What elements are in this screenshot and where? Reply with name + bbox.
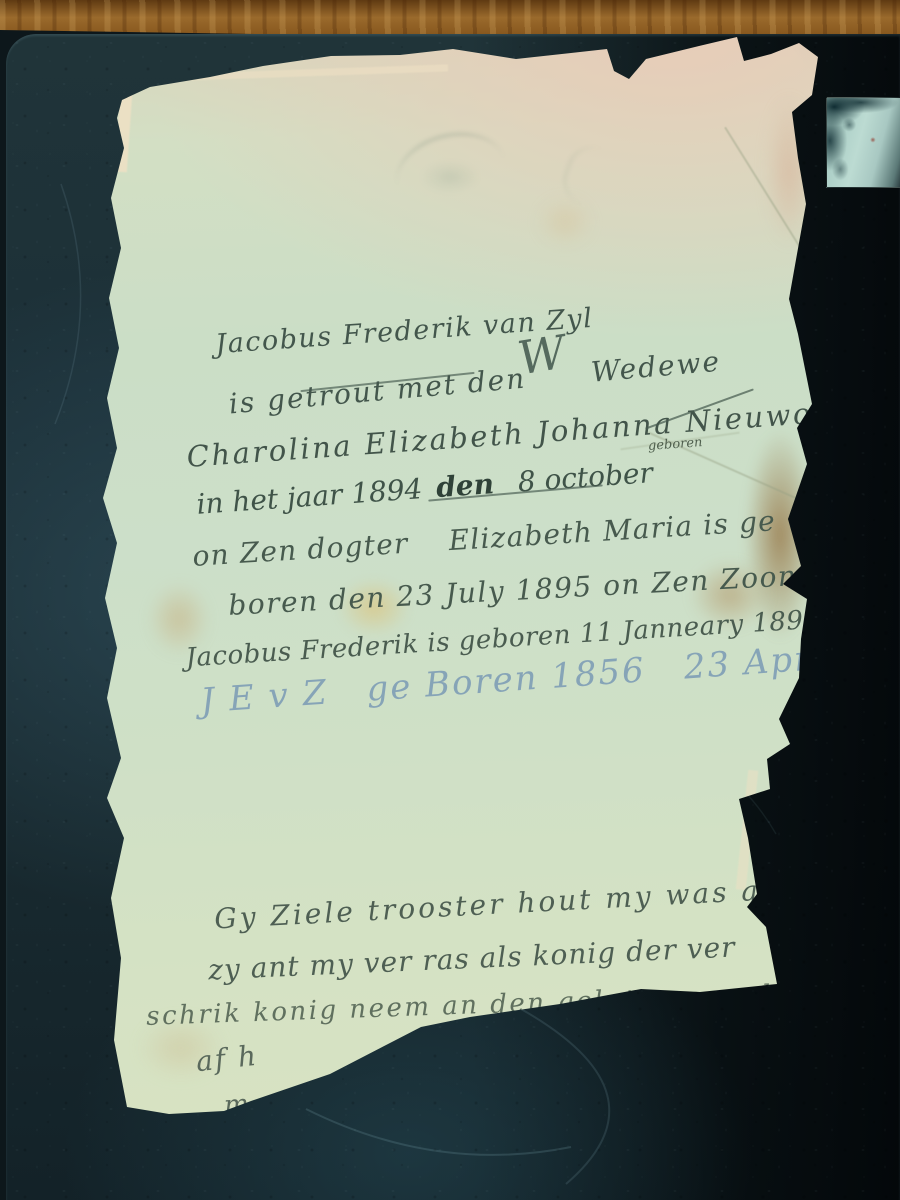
photographed-album-page: Jacobus Frederik van Zyl W is getrout me… xyxy=(0,0,900,1200)
small-photograph xyxy=(826,97,900,188)
